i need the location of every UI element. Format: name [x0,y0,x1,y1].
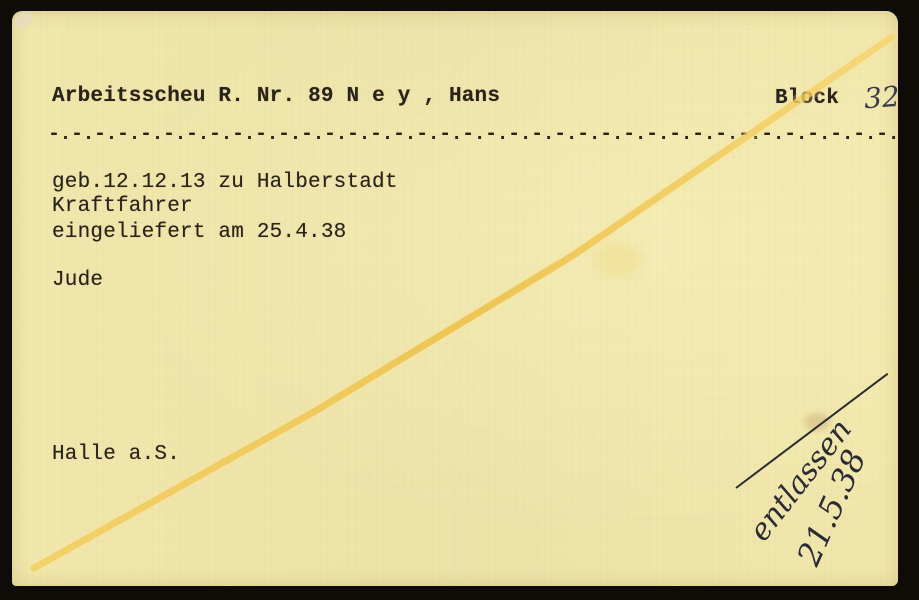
card-header: Arbeitsscheu R. Nr. 89 N e y , Hans [52,85,500,108]
dash-dot-divider: -.-.-.-.-.-.-.-.-.-.-.-.-.-.-.-.-.-.-.-.… [48,123,898,146]
occupation: Kraftfahrer [52,195,193,218]
admission-date: eingeliefert am 25.4.38 [52,221,346,244]
prisoner-index-card: Arbeitsscheu R. Nr. 89 N e y , Hans Bloc… [12,11,898,586]
paper-stain [592,241,642,279]
number-label: Nr. [257,85,295,108]
name-separator: , [423,85,436,108]
corner-wear-mark [12,11,36,31]
classification: Jude [52,269,103,292]
prisoner-category: Arbeitsscheu R. [52,85,244,108]
place-of-origin: Halle a.S. [52,443,180,466]
prisoner-number: 89 [308,85,334,108]
birth-info: geb.12.12.13 zu Halberstadt [52,171,398,194]
block-number: 32 [863,80,898,115]
given-name: Hans [449,85,500,108]
block-label: Block [775,87,839,110]
surname: N e y [346,85,410,108]
release-annotation: entlassen 21.5.38 [732,411,898,586]
